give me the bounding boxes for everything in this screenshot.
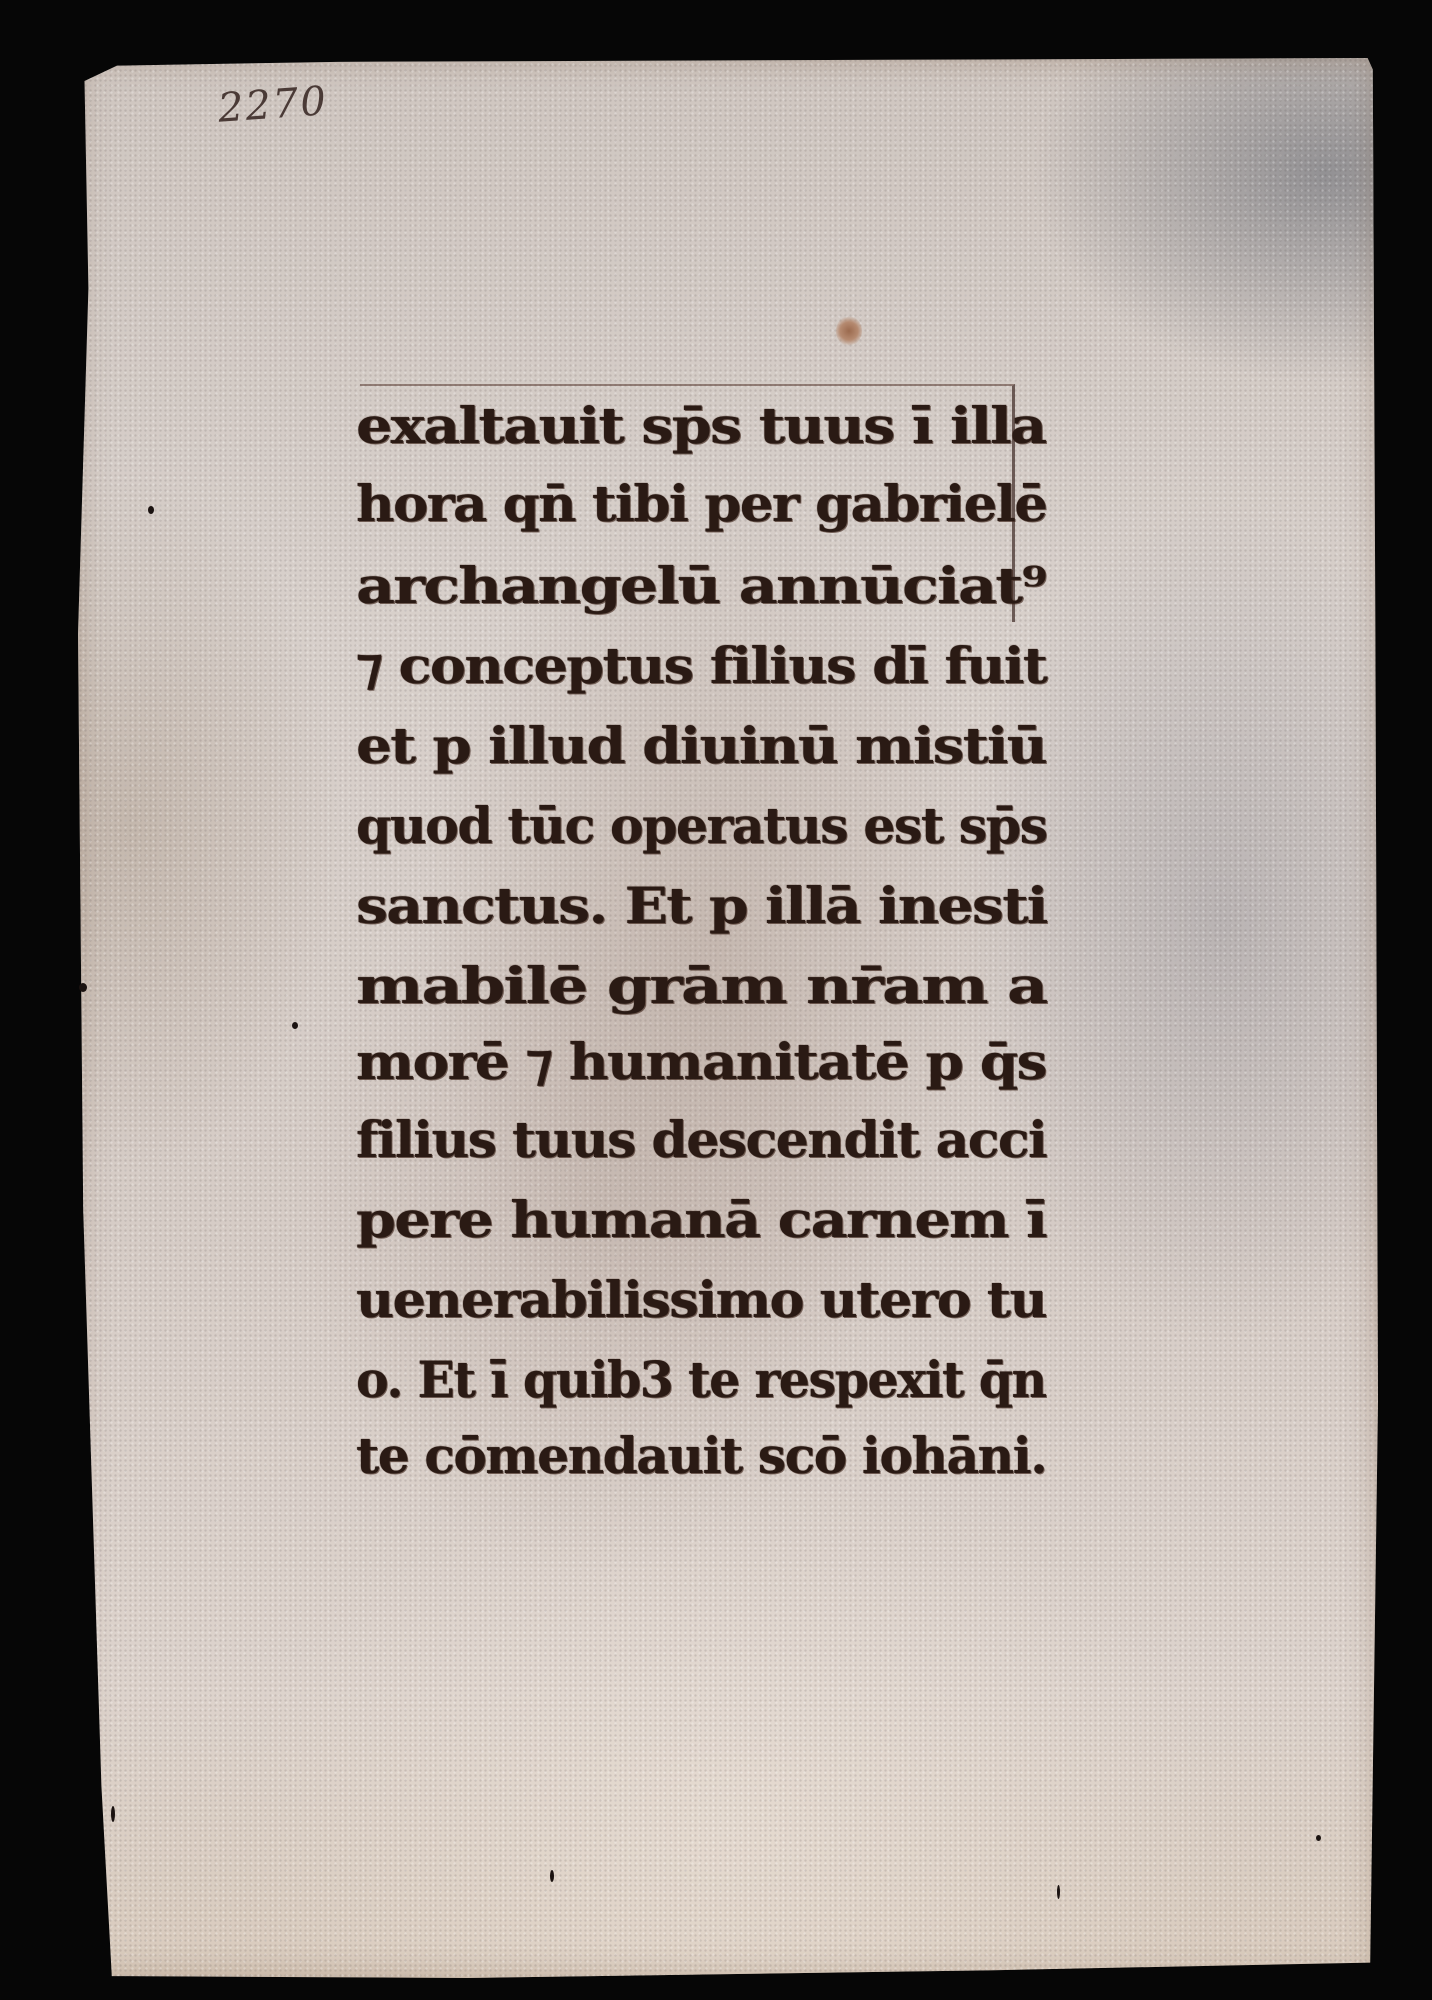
pinhole-mark — [111, 1806, 115, 1822]
text-line-12: uenerabilissimo utero tu — [356, 1260, 1046, 1340]
text-line-7: sanctus. Et p illā inesti — [356, 866, 1047, 946]
text-line-6: quod tūc operatus est sp̄s — [356, 786, 1047, 866]
pinhole-mark — [550, 1870, 554, 1882]
pinhole-mark — [292, 1022, 298, 1029]
text-block: exaltauit sp̄s tuus ī illa hora qn̄ tibi… — [356, 386, 1076, 1486]
brown-stain — [836, 316, 862, 346]
text-line-4: ⁊ conceptus filius dī fuit — [356, 626, 1046, 706]
text-line-1: exaltauit sp̄s tuus ī illa — [356, 386, 1045, 466]
text-line-5: et p illud diuinū mistiū — [356, 706, 1046, 786]
text-line-11: pere humanā carnem ī — [356, 1180, 1046, 1260]
text-line-10: filius tuus descendit acci — [356, 1100, 1046, 1180]
pinhole-mark — [79, 983, 87, 992]
text-line-13: o. Et ī quib3 te respexit q̄n — [356, 1340, 1046, 1420]
text-line-8: mabilē grām nr̄am a — [356, 946, 1046, 1026]
text-line-14: te cōmendauit scō iohāni. — [356, 1416, 1046, 1496]
photo-stage: 2270 exaltauit sp̄s tuus ī illa hora qn̄… — [0, 0, 1432, 2000]
text-line-9: morē ⁊ humanitatē p q̄s — [356, 1022, 1046, 1102]
shelfmark-number: 2270 — [217, 78, 330, 132]
text-line-2: hora qn̄ tibi per gabrielē — [356, 464, 1046, 544]
pinhole-mark — [148, 506, 154, 514]
pinhole-mark — [1316, 1835, 1321, 1841]
text-line-3: archangelū annūciat⁹ — [356, 546, 1046, 626]
pinhole-mark — [1057, 1885, 1060, 1899]
